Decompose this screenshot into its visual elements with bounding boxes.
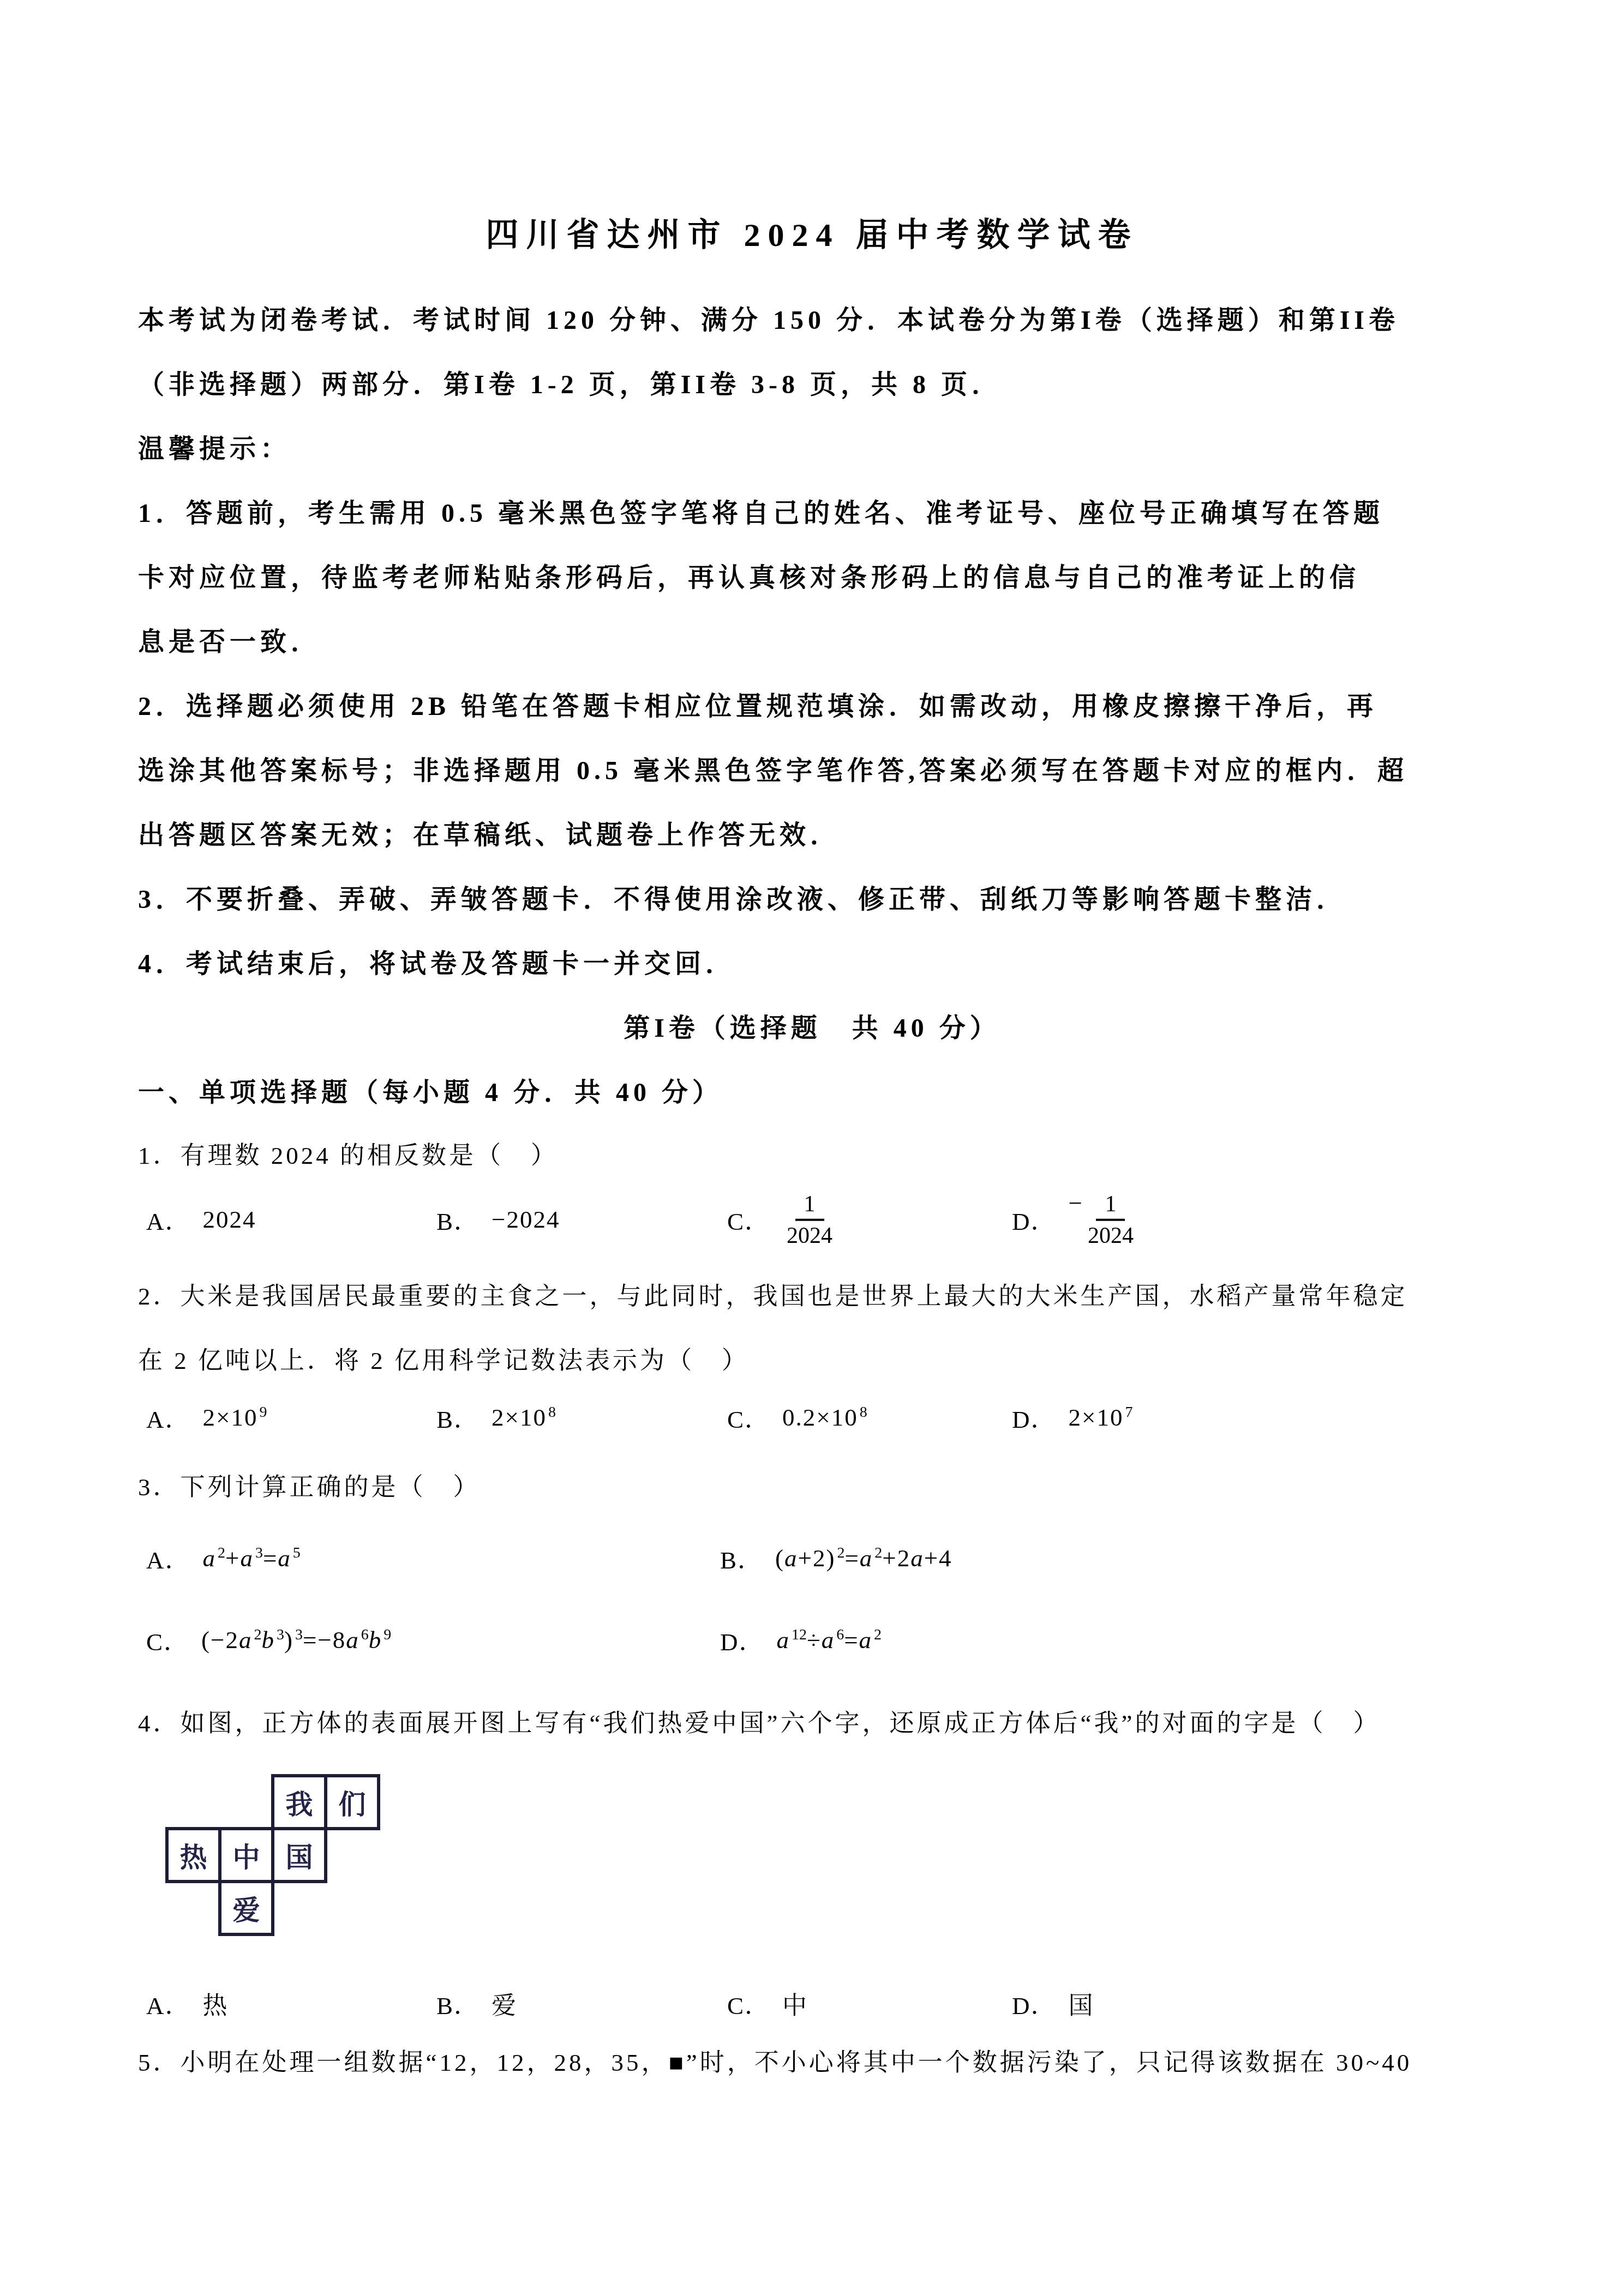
option-label: C． bbox=[146, 1622, 189, 1657]
notice-4: 4．考试结束后，将试卷及答题卡一并交回． bbox=[138, 942, 736, 980]
intro-line-1: 本考试为闭卷考试．考试时间 120 分钟、满分 150 分．本试卷分为第I卷（选… bbox=[138, 299, 1399, 336]
q1-option-a: A． 2024 bbox=[146, 1201, 256, 1237]
q1-option-c: C． 12024 bbox=[727, 1189, 837, 1249]
option-label: B． bbox=[436, 1399, 480, 1435]
q4-option-c: C． 中 bbox=[727, 1986, 808, 2021]
q2-stem-line-2: 在 2 亿吨以上．将 2 亿用科学记数法表示为（ ） bbox=[138, 1341, 749, 1376]
option-label: C． bbox=[727, 1399, 770, 1435]
net-cell-ai: 爱 bbox=[218, 1880, 274, 1936]
notice-3: 3．不要折叠、弄破、弄皱答题卡．不得使用涂改液、修正带、刮纸刀等影响答题卡整洁． bbox=[138, 878, 1347, 916]
q4-option-a: A． 热 bbox=[146, 1986, 229, 2021]
net-cell-men: 们 bbox=[324, 1774, 380, 1830]
net-cell-wo: 我 bbox=[271, 1774, 327, 1830]
q2-option-c: C． 0.2×108 bbox=[727, 1399, 867, 1435]
option-label: D． bbox=[720, 1622, 765, 1657]
option-math: 0.2×108 bbox=[782, 1403, 867, 1431]
option-label: B． bbox=[720, 1540, 763, 1576]
option-math: 2×109 bbox=[203, 1403, 267, 1431]
q2-options: A． 2×109 B． 2×108 C． 0.2×108 D． 2×107 bbox=[138, 1392, 1513, 1441]
option-label: A． bbox=[146, 1399, 191, 1435]
q3-option-c: C． (−2a2b3)3=−8a6b9 bbox=[146, 1622, 391, 1657]
q1-option-d: D． −12024 bbox=[1012, 1189, 1138, 1249]
notice-1-line-2: 卡对应位置，待监考老师粘贴条形码后，再认真核对条形码上的信息与自己的准考证上的信 bbox=[138, 556, 1360, 594]
net-cell-zhong: 中 bbox=[218, 1827, 274, 1883]
q4-options: A． 热 B． 爱 C． 中 D． 国 bbox=[138, 1979, 1513, 2028]
q3-options-row-1: A． a2+a3=a5 B． (a+2)2=a2+2a+4 bbox=[138, 1527, 1513, 1588]
section1-subheader: 一、单项选择题（每小题 4 分．共 40 分） bbox=[138, 1071, 723, 1109]
q2-option-a: A． 2×109 bbox=[146, 1399, 267, 1435]
option-math: (a+2)2=a2+2a+4 bbox=[775, 1543, 952, 1572]
section1-header: 第I卷（选择题 共 40 分） bbox=[0, 1007, 1624, 1044]
option-label: D． bbox=[1012, 1201, 1057, 1237]
q3-options-row-2: C． (−2a2b3)3=−8a6b9 D． a12÷a6=a2 bbox=[138, 1609, 1513, 1670]
option-text: 爱 bbox=[492, 1986, 517, 2021]
q3-stem: 3．下列计算正确的是（ ） bbox=[138, 1467, 481, 1502]
notice-2-line-2: 选涂其他答案标号；非选择题用 0.5 毫米黑色签字笔作答,答案必须写在答题卡对应… bbox=[138, 749, 1408, 787]
net-cell-guo: 国 bbox=[271, 1827, 327, 1883]
option-label: D． bbox=[1012, 1986, 1057, 2021]
cube-net-figure: 我 们 热 中 国 爱 bbox=[165, 1774, 380, 1936]
option-math: 2024 bbox=[203, 1205, 256, 1233]
option-label: D． bbox=[1012, 1399, 1057, 1435]
option-math: 12024 bbox=[782, 1189, 837, 1249]
option-label: B． bbox=[436, 1986, 480, 2021]
option-label: A． bbox=[146, 1201, 191, 1237]
option-math: (−2a2b3)3=−8a6b9 bbox=[201, 1625, 391, 1654]
q5-stem: 5．小明在处理一组数据“12，12，28，35，■”时，不小心将其中一个数据污染… bbox=[138, 2042, 1412, 2078]
intro-line-2: （非选择题）两部分．第I卷 1-2 页，第II卷 3-8 页，共 8 页． bbox=[138, 363, 1002, 401]
option-label: A． bbox=[146, 1986, 191, 2021]
notice-2-line-3: 出答题区答案无效；在草稿纸、试题卷上作答无效． bbox=[138, 814, 841, 851]
q1-options: A． 2024 B． −2024 C． 12024 D． −12024 bbox=[138, 1170, 1513, 1268]
option-label: B． bbox=[436, 1201, 480, 1237]
option-math: a12÷a6=a2 bbox=[777, 1625, 882, 1654]
option-label: A． bbox=[146, 1540, 191, 1576]
q2-stem-line-1: 2．大米是我国居民最重要的主食之一，与此同时，我国也是世界上最大的大米生产国，水… bbox=[138, 1276, 1408, 1312]
q1-option-b: B． −2024 bbox=[436, 1201, 560, 1237]
notice-header: 温馨提示： bbox=[138, 428, 291, 465]
option-math: 2×107 bbox=[1069, 1403, 1133, 1431]
notice-2-line-1: 2．选择题必须使用 2B 铅笔在答题卡相应位置规范填涂．如需改动，用橡皮擦擦干净… bbox=[138, 685, 1377, 723]
option-text: 国 bbox=[1069, 1986, 1094, 2021]
q4-stem: 4．如图，正方体的表面展开图上写有“我们热爱中国”六个字，还原成正方体后“我”的… bbox=[138, 1703, 1380, 1739]
option-text: 热 bbox=[203, 1986, 229, 2021]
notice-1-line-3: 息是否一致． bbox=[138, 621, 321, 658]
paper-title: 四川省达州市 2024 届中考数学试卷 bbox=[0, 209, 1624, 256]
option-math: a2+a3=a5 bbox=[203, 1543, 301, 1572]
q2-option-d: D． 2×107 bbox=[1012, 1399, 1132, 1435]
notice-1-line-1: 1．答题前，考生需用 0.5 毫米黑色签字笔将自己的姓名、准考证号、座位号正确填… bbox=[138, 492, 1384, 530]
option-math: 2×108 bbox=[492, 1403, 556, 1431]
option-math: −12024 bbox=[1069, 1189, 1138, 1249]
q4-option-b: B． 爱 bbox=[436, 1986, 517, 2021]
q3-option-a: A． a2+a3=a5 bbox=[146, 1540, 301, 1576]
net-cell-re: 热 bbox=[165, 1827, 221, 1883]
q1-stem: 1．有理数 2024 的相反数是（ ） bbox=[138, 1135, 558, 1171]
q2-option-b: B． 2×108 bbox=[436, 1399, 556, 1435]
exam-page: 四川省达州市 2024 届中考数学试卷 本考试为闭卷考试．考试时间 120 分钟… bbox=[0, 0, 1624, 2296]
option-label: C． bbox=[727, 1986, 770, 2021]
q4-option-d: D． 国 bbox=[1012, 1986, 1094, 2021]
q3-option-d: D． a12÷a6=a2 bbox=[720, 1622, 882, 1657]
option-label: C． bbox=[727, 1201, 770, 1237]
option-math: −2024 bbox=[492, 1205, 560, 1233]
q3-option-b: B． (a+2)2=a2+2a+4 bbox=[720, 1540, 952, 1576]
option-text: 中 bbox=[782, 1986, 808, 2021]
